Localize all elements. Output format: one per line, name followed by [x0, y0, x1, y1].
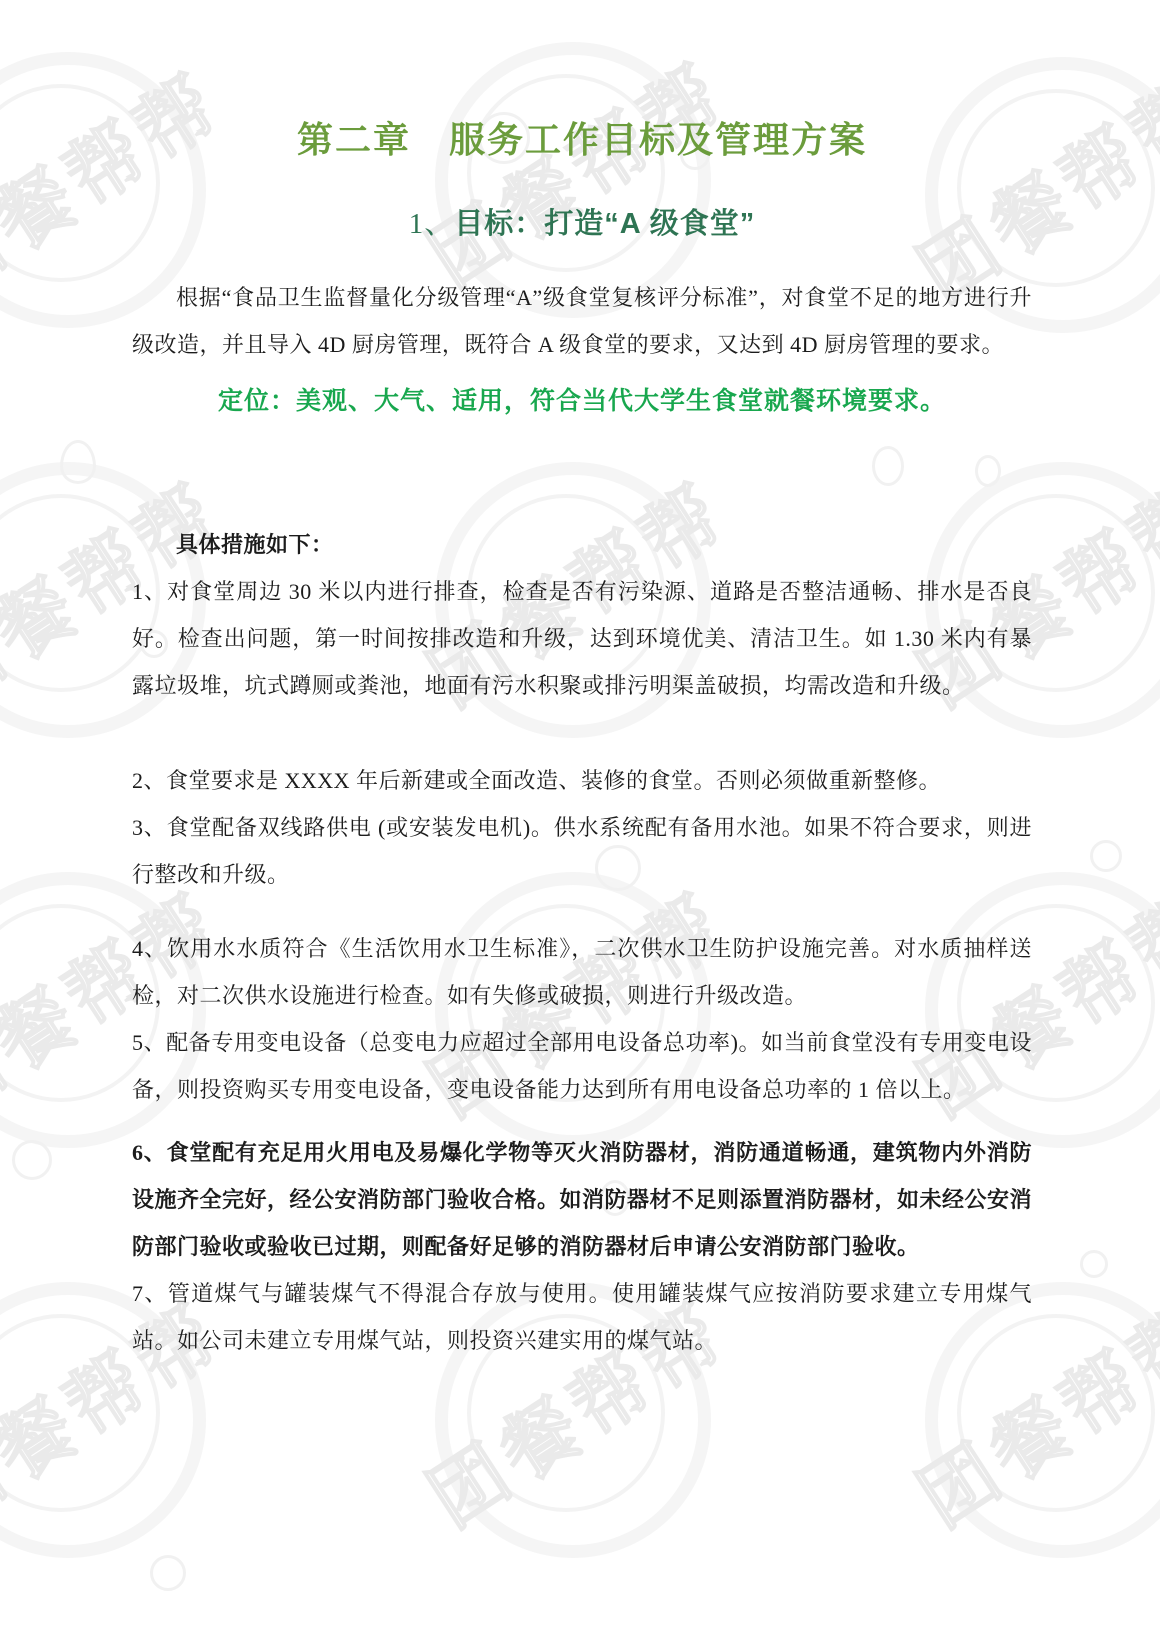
section-title: 1、目标：打造“A 级食堂”	[132, 207, 1032, 242]
measures-heading: 具体措施如下：	[132, 521, 1032, 568]
measure-item-1: 1、对食堂周边 30 米以内进行排查，检查是否有污染源、道路是否整洁通畅、排水是…	[132, 568, 1032, 709]
bubble-icon	[150, 1555, 186, 1591]
section-title-text: 目标：打造“A 级食堂”	[454, 208, 755, 240]
section-number: 1、	[409, 208, 455, 240]
measure-item-4: 4、饮用水水质符合《生活饮用水卫生标准》，二次供水卫生防护设施完善。对水质抽样送…	[132, 925, 1032, 1019]
measure-item-7: 7、管道煤气与罐装煤气不得混合存放与使用。使用罐装煤气应按消防要求建立专用煤气站…	[132, 1270, 1032, 1364]
chapter-title: 第二章 服务工作目标及管理方案	[132, 118, 1032, 161]
positioning-statement: 定位：美观、大气、适用，符合当代大学生食堂就餐环境要求。	[132, 384, 1032, 419]
intro-paragraph: 根据“食品卫生监督量化分级管理“A”级食堂复核评分标准”，对食堂不足的地方进行升…	[132, 274, 1032, 368]
measure-item-2: 2、食堂要求是 XXXX 年后新建或全面改造、装修的食堂。否则必须做重新整修。	[132, 757, 1032, 804]
measure-item-5: 5、配备专用变电设备（总变电力应超过全部用电设备总功率)。如当前食堂没有专用变电…	[132, 1019, 1032, 1113]
measure-item-3: 3、食堂配备双线路供电 (或安装发电机)。供水系统配有备用水池。如果不符合要求，…	[132, 804, 1032, 898]
measure-item-6: 6、食堂配有充足用火用电及易爆化学物等灭火消防器材，消防通道畅通，建筑物内外消防…	[132, 1129, 1032, 1270]
document-page: 第二章 服务工作目标及管理方案 1、目标：打造“A 级食堂” 根据“食品卫生监督…	[0, 118, 1160, 1364]
